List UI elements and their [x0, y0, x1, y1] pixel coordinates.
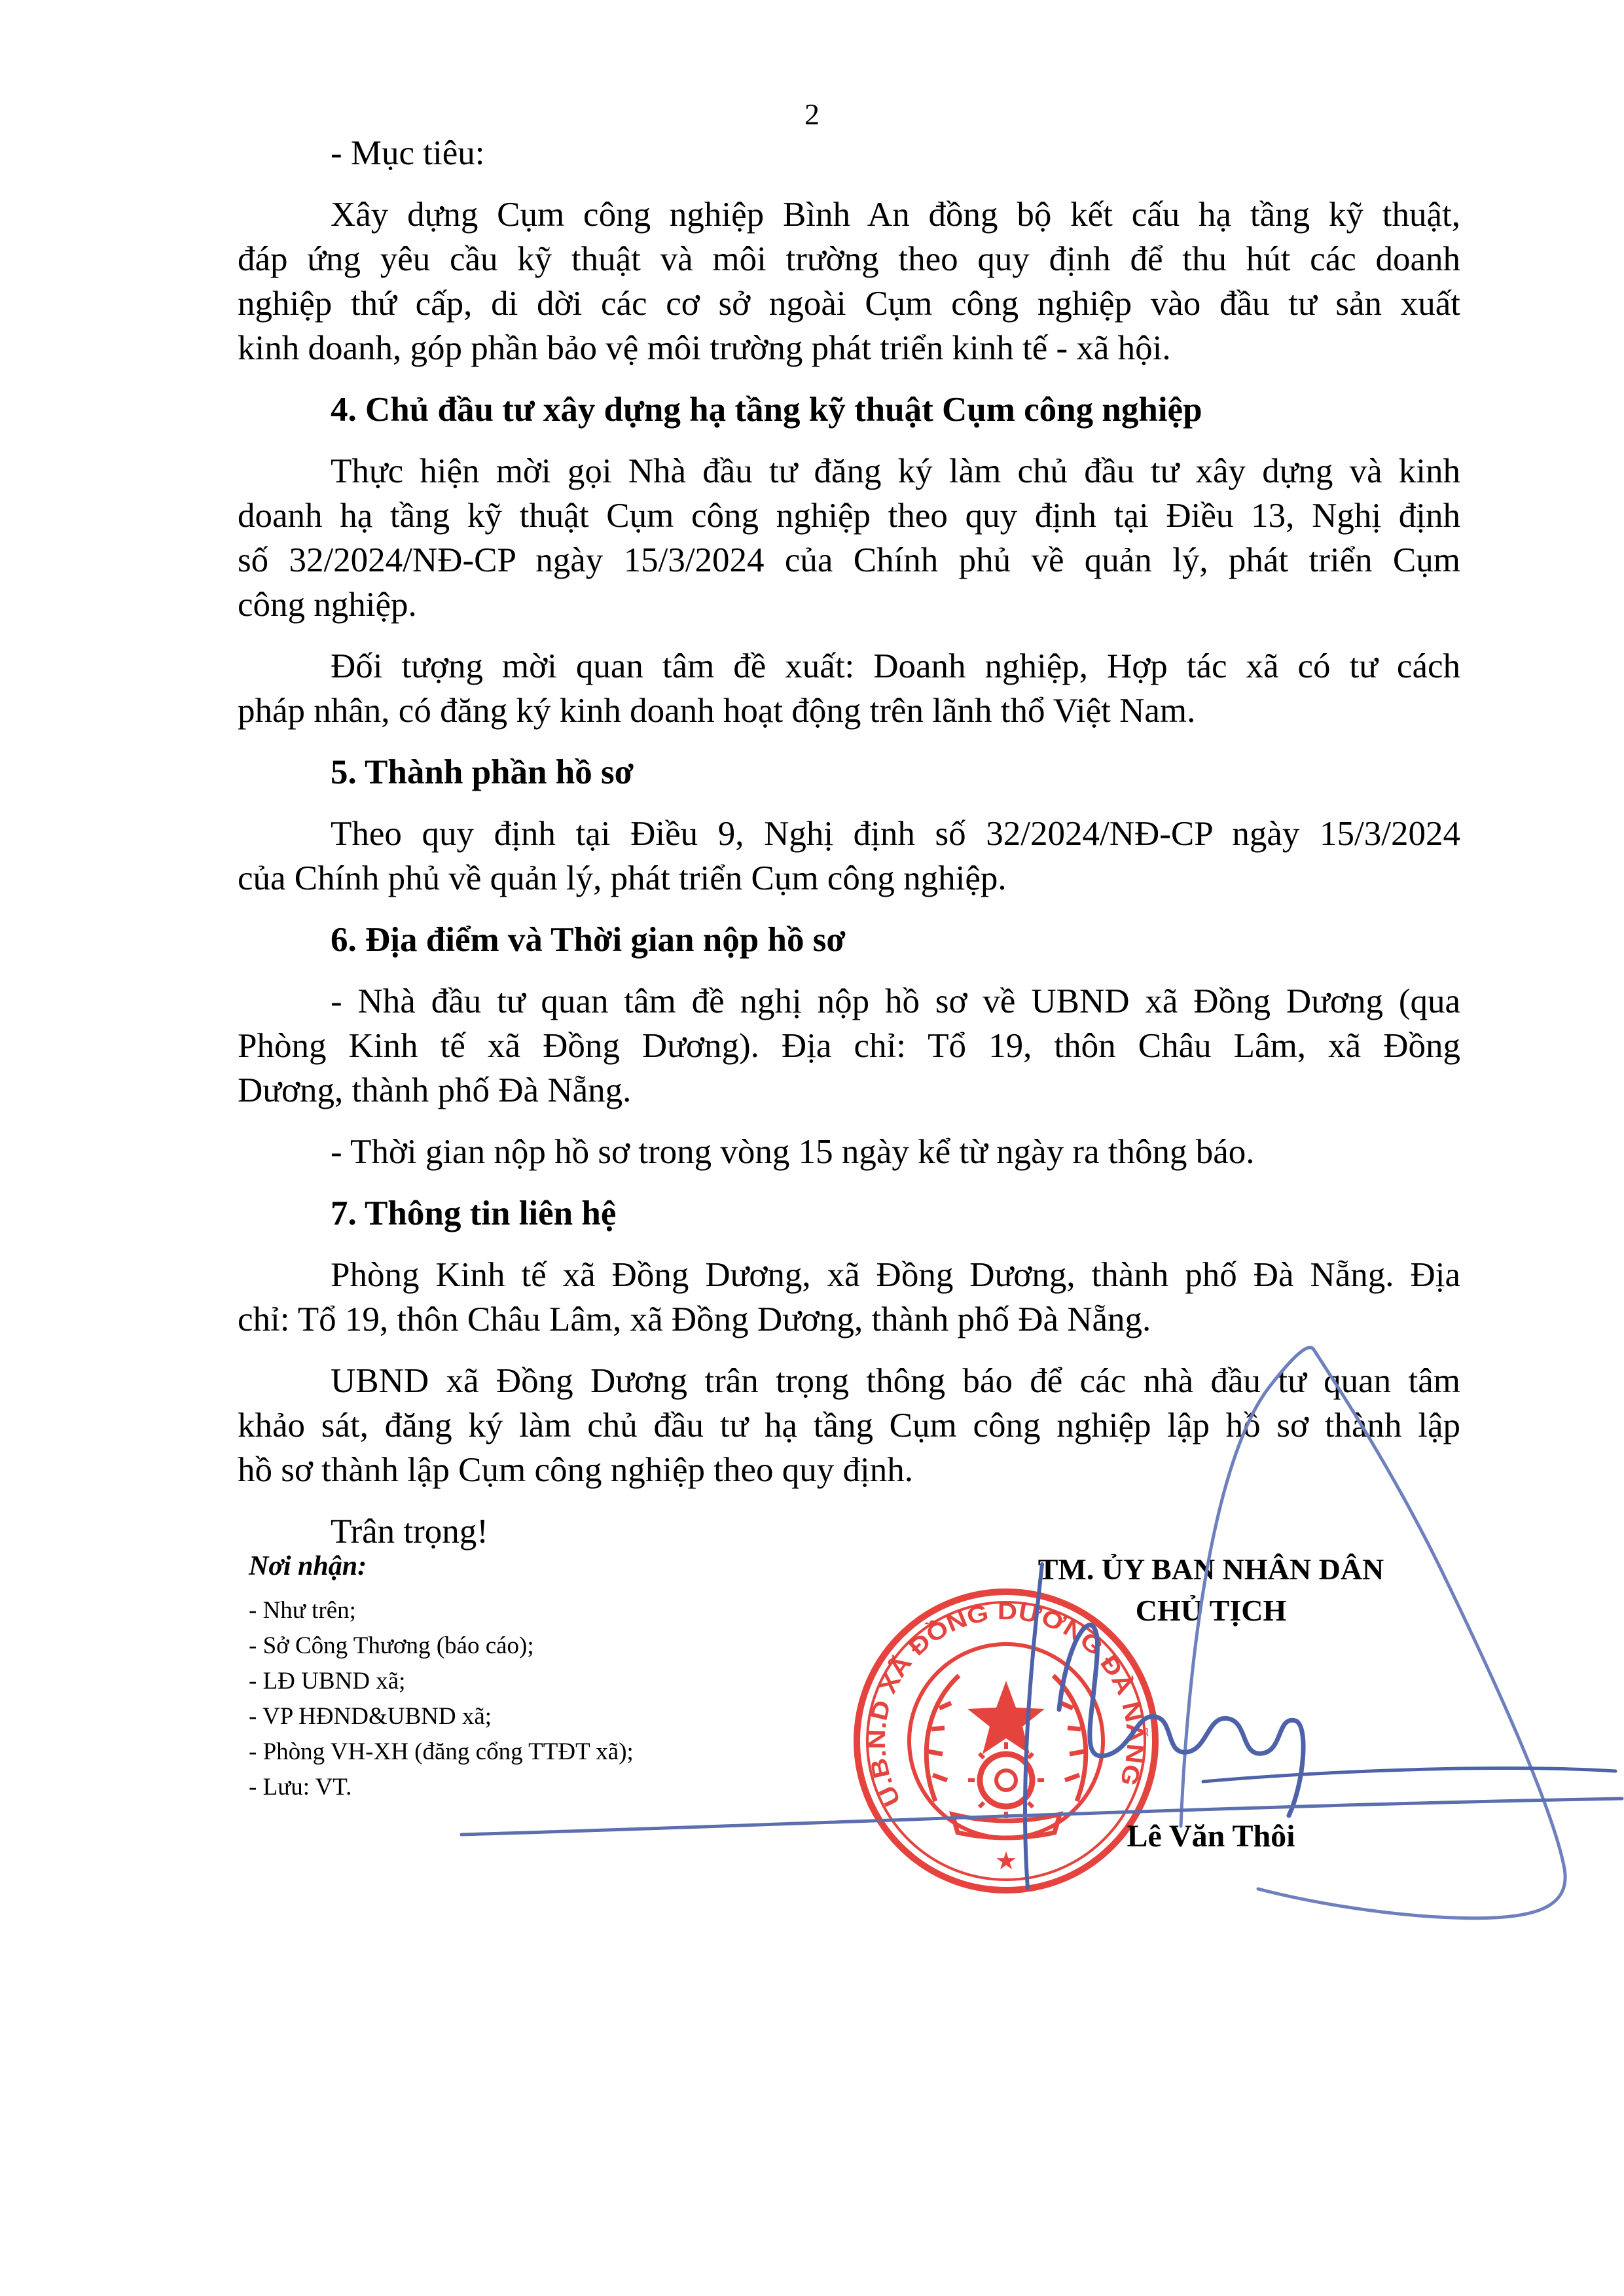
recipients-list: - Như trên; - Sở Công Thương (báo cáo); …	[249, 1593, 838, 1805]
body-line: số 32/2024/NĐ-CP ngày 15/3/2024 của Chín…	[238, 538, 1460, 583]
body-line: doanh hạ tầng kỹ thuật Cụm công nghiệp t…	[238, 493, 1460, 538]
paragraph-investor-call: Thực hiện mời gọi Nhà đầu tư đăng ký làm…	[238, 449, 1460, 627]
paragraph-contact: Phòng Kinh tế xã Đồng Dương, xã Đồng Dươ…	[238, 1253, 1460, 1342]
heading-section-6: 6. Địa điểm và Thời gian nộp hồ sơ	[238, 918, 1460, 962]
closing-salutation: Trân trọng!	[238, 1509, 1460, 1554]
body-line: Dương, thành phố Đà Nẵng.	[238, 1068, 1460, 1113]
document-page: 2 - Mục tiêu: Xây dựng Cụm công nghiệp B…	[0, 0, 1624, 2296]
recipients-block: Nơi nhận: - Như trên; - Sở Công Thương (…	[249, 1550, 838, 1805]
recipient-item: - VP HĐND&UBND xã;	[249, 1699, 838, 1734]
body-line: Phòng Kinh tế xã Đồng Dương, xã Đồng Dươ…	[238, 1253, 1460, 1297]
gear-icon	[980, 1754, 1032, 1806]
body-line: Theo quy định tại Điều 9, Nghị định số 3…	[238, 812, 1460, 856]
recipient-item: - LĐ UBND xã;	[249, 1664, 838, 1699]
recipient-item: - Sở Công Thương (báo cáo);	[249, 1628, 838, 1664]
recipient-item: - Phòng VH-XH (đăng cổng TTĐT xã);	[249, 1734, 838, 1770]
body-line: Xây dựng Cụm công nghiệp Bình An đồng bộ…	[238, 192, 1460, 237]
page-number: 2	[0, 97, 1624, 132]
heading-section-5: 5. Thành phần hồ sơ	[238, 750, 1460, 795]
body-line: của Chính phủ về quản lý, phát triển Cụm…	[238, 856, 1460, 901]
gear-hub	[996, 1770, 1016, 1790]
seal-graphic: U.B.N.D XÃ ĐỒNG DƯƠNG ĐÀ NẴNG ★	[849, 1584, 1163, 1898]
paragraph-submission-time: - Thời gian nộp hồ sơ trong vòng 15 ngày…	[238, 1130, 1460, 1174]
heading-section-4: 4. Chủ đầu tư xây dựng hạ tầng kỹ thuật …	[238, 387, 1460, 432]
body-line: Phòng Kinh tế xã Đồng Dương). Địa chỉ: T…	[238, 1024, 1460, 1068]
body-line: đáp ứng yêu cầu kỹ thuật và môi trường t…	[238, 237, 1460, 281]
muc-tieu-label: - Mục tiêu:	[238, 131, 1460, 175]
signature-underline-1	[1203, 1768, 1615, 1782]
body-line: công nghiệp.	[238, 583, 1460, 627]
paragraph-eligible-entities: Đối tượng mời quan tâm đề xuất: Doanh ng…	[238, 644, 1460, 733]
body-line: khảo sát, đăng ký làm chủ đầu tư hạ tầng…	[238, 1403, 1460, 1448]
body-line: nghiệp thứ cấp, di dời các cơ sở ngoài C…	[238, 281, 1460, 326]
body-line: chỉ: Tổ 19, thôn Châu Lâm, xã Đồng Dương…	[238, 1297, 1460, 1342]
body-line: pháp nhân, có đăng ký kinh doanh hoạt độ…	[238, 689, 1460, 733]
body-line: Đối tượng mời quan tâm đề xuất: Doanh ng…	[238, 644, 1460, 689]
paragraph-dossier: Theo quy định tại Điều 9, Nghị định số 3…	[238, 812, 1460, 901]
document-body: - Mục tiêu: Xây dựng Cụm công nghiệp Bìn…	[238, 131, 1460, 1554]
paragraph-objective: Xây dựng Cụm công nghiệp Bình An đồng bộ…	[238, 192, 1460, 370]
paragraph-submission-place: - Nhà đầu tư quan tâm đề nghị nộp hồ sơ …	[238, 979, 1460, 1113]
body-line: hồ sơ thành lập Cụm công nghiệp theo quy…	[238, 1448, 1460, 1492]
recipient-item: - Lưu: VT.	[249, 1770, 838, 1805]
body-line: - Nhà đầu tư quan tâm đề nghị nộp hồ sơ …	[238, 979, 1460, 1024]
seal-outer-ring	[857, 1592, 1155, 1890]
paragraph-announcement: UBND xã Đồng Dương trân trọng thông báo …	[238, 1359, 1460, 1492]
recipients-label: Nơi nhận:	[249, 1550, 838, 1583]
seal-bottom-star-icon: ★	[995, 1848, 1017, 1875]
recipient-item: - Như trên;	[249, 1593, 838, 1628]
official-seal: U.B.N.D XÃ ĐỒNG DƯƠNG ĐÀ NẴNG ★	[849, 1584, 1163, 1898]
heading-section-7: 7. Thông tin liên hệ	[238, 1191, 1460, 1236]
body-line: kinh doanh, góp phần bảo vệ môi trường p…	[238, 326, 1460, 370]
body-line: Thực hiện mời gọi Nhà đầu tư đăng ký làm…	[238, 449, 1460, 493]
body-line: UBND xã Đồng Dương trân trọng thông báo …	[238, 1359, 1460, 1403]
